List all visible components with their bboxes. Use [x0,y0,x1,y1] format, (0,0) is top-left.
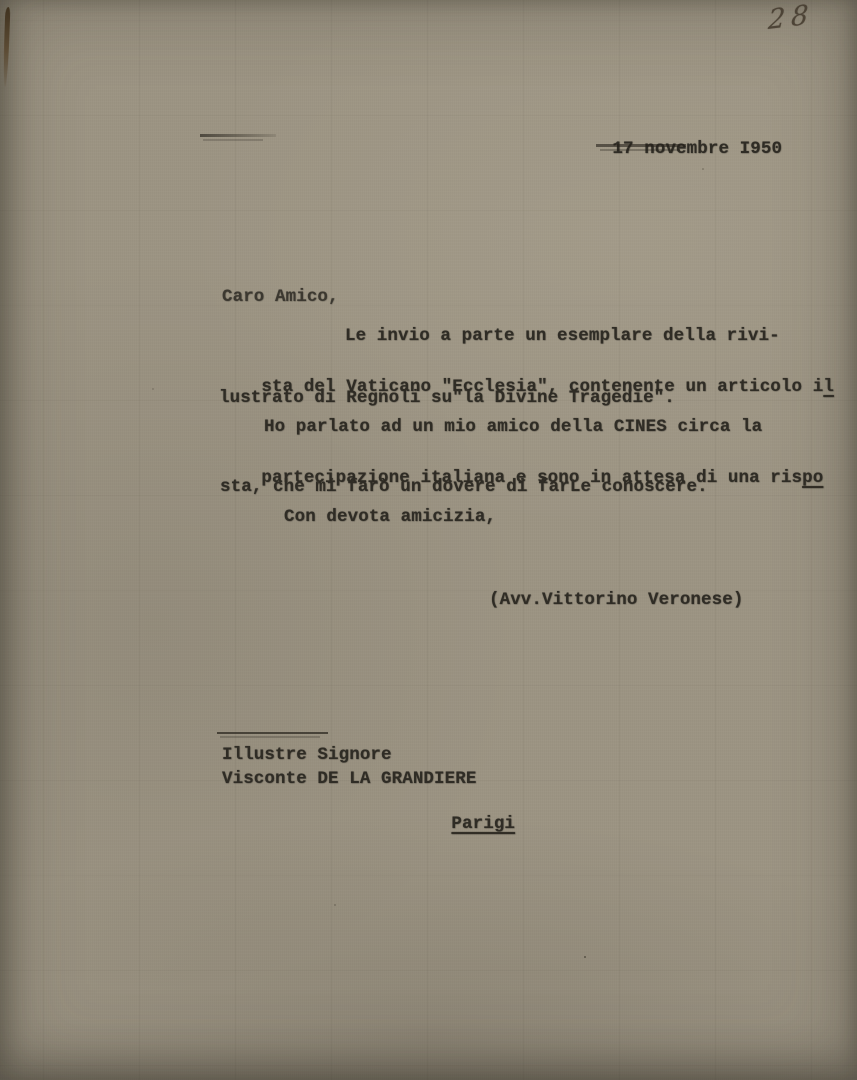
paper-speck [702,168,704,170]
body-line: sta, che mi farò un dovere di farLe cono… [220,477,708,497]
hyphenation-underline: po [802,468,823,488]
date-underline-mark [596,144,686,147]
paper-speck [152,388,154,390]
salutation: Caro Amico, [222,287,339,307]
recipient-separator-echo [220,736,320,738]
recipient-title: Visconte DE LA GRANDIERE [222,769,476,789]
handwritten-page-number: 28 [767,0,815,36]
scanned-letter-page: 28 17 novembre I950 Caro Amico, Le invio… [0,0,857,1080]
signature-line: (Avv.Vittorino Veronese) [489,590,743,610]
body-line: lustrato di Regnoli su"la Divine Tragedi… [219,388,675,408]
paper-speck [334,904,336,906]
body-line: sta del Vaticano "Ecclesia", contenente … [219,357,834,417]
typed-dash-mark-echo [203,139,263,141]
body-line: Ho parlato ad un mio amico della CINES c… [264,417,762,437]
hyphenation-underline: l [823,377,834,397]
date-year: I950 [729,139,782,159]
paper-speck [584,956,586,958]
body-line: Le invio a parte un esemplare della rivi… [345,326,780,346]
recipient-city: Parigi [409,794,515,854]
recipient-city-text: Parigi [451,814,515,834]
pen-stroke-mark [3,7,11,87]
closing-line: Con devota amicizia, [284,507,496,527]
recipient-name: Illustre Signore [222,745,392,765]
date-underline-mark-echo [600,149,680,151]
recipient-separator-line [217,732,328,734]
typed-dash-mark [200,134,276,137]
